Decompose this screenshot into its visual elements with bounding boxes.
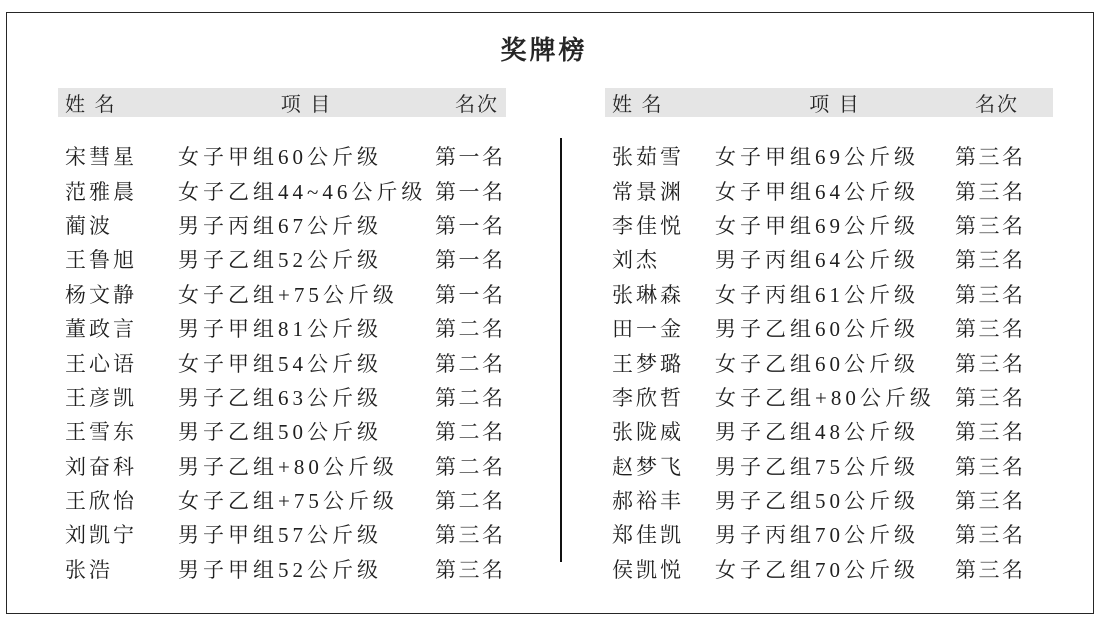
row-name: 刘奋科 (58, 451, 178, 481)
row-name: 范雅晨 (58, 176, 178, 206)
table-row: 赵梦飞男子乙组75公斤级第三名 (605, 449, 1053, 483)
row-event: 男子乙组63公斤级 (178, 382, 435, 412)
row-name: 王彦凯 (58, 382, 178, 412)
row-rank: 第二名 (435, 451, 506, 481)
medal-table-left: 姓 名 项 目 名次 宋彗星女子甲组60公斤级第一名范雅晨女子乙组44~46公斤… (58, 88, 506, 586)
row-rank: 第三名 (435, 519, 506, 549)
row-event: 男子乙组75公斤级 (715, 451, 955, 481)
table-rows: 宋彗星女子甲组60公斤级第一名范雅晨女子乙组44~46公斤级第一名蔺波男子丙组6… (58, 139, 506, 586)
header-event-label: 项 目 (715, 88, 955, 117)
row-name: 郝裕丰 (605, 485, 715, 515)
table-row: 张浩男子甲组52公斤级第三名 (58, 552, 506, 586)
header-name-label: 姓 名 (605, 88, 715, 117)
table-row: 范雅晨女子乙组44~46公斤级第一名 (58, 173, 506, 207)
row-name: 李欣哲 (605, 382, 715, 412)
row-rank: 第一名 (435, 244, 506, 274)
table-header: 姓 名 项 目 名次 (58, 88, 506, 117)
document-page: 奖牌榜 姓 名 项 目 名次 宋彗星女子甲组60公斤级第一名范雅晨女子乙组44~… (0, 0, 1104, 625)
row-name: 王梦璐 (605, 348, 715, 378)
row-name: 常景渊 (605, 176, 715, 206)
table-row: 侯凯悦女子乙组70公斤级第三名 (605, 552, 1053, 586)
row-event: 女子乙组44~46公斤级 (178, 176, 435, 206)
row-event: 女子乙组+80公斤级 (715, 382, 955, 412)
row-event: 男子丙组70公斤级 (715, 519, 955, 549)
row-name: 张茹雪 (605, 141, 715, 171)
table-row: 刘奋科男子乙组+80公斤级第二名 (58, 449, 506, 483)
row-rank: 第三名 (955, 554, 1053, 584)
table-row: 常景渊女子甲组64公斤级第三名 (605, 173, 1053, 207)
row-name: 杨文静 (58, 279, 178, 309)
row-event: 女子乙组60公斤级 (715, 348, 955, 378)
table-row: 郝裕丰男子乙组50公斤级第三名 (605, 483, 1053, 517)
row-event: 男子乙组+80公斤级 (178, 451, 435, 481)
row-rank: 第三名 (955, 485, 1053, 515)
row-rank: 第一名 (435, 176, 506, 206)
row-rank: 第二名 (435, 313, 506, 343)
row-rank: 第三名 (955, 279, 1053, 309)
table-row: 杨文静女子乙组+75公斤级第一名 (58, 277, 506, 311)
row-rank: 第三名 (955, 244, 1053, 274)
row-event: 男子乙组50公斤级 (178, 416, 435, 446)
row-name: 刘杰 (605, 244, 715, 274)
table-rows: 张茹雪女子甲组69公斤级第三名常景渊女子甲组64公斤级第三名李佳悦女子甲组69公… (605, 139, 1053, 586)
row-rank: 第三名 (955, 519, 1053, 549)
row-rank: 第二名 (435, 382, 506, 412)
header-name-label: 姓 名 (58, 88, 178, 117)
table-row: 李欣哲女子乙组+80公斤级第三名 (605, 380, 1053, 414)
medal-table-right: 姓 名 项 目 名次 张茹雪女子甲组69公斤级第三名常景渊女子甲组64公斤级第三… (605, 88, 1053, 586)
table-row: 王鲁旭男子乙组52公斤级第一名 (58, 242, 506, 276)
table-row: 王雪东男子乙组50公斤级第二名 (58, 414, 506, 448)
row-event: 女子甲组60公斤级 (178, 141, 435, 171)
column-divider (560, 138, 562, 562)
row-event: 女子甲组64公斤级 (715, 176, 955, 206)
row-name: 王鲁旭 (58, 244, 178, 274)
row-name: 王雪东 (58, 416, 178, 446)
row-name: 郑佳凯 (605, 519, 715, 549)
header-event-label: 项 目 (178, 88, 435, 117)
table-row: 刘凯宁男子甲组57公斤级第三名 (58, 517, 506, 551)
row-name: 张陇威 (605, 416, 715, 446)
page-title: 奖牌榜 (0, 30, 1088, 67)
row-rank: 第一名 (435, 279, 506, 309)
row-name: 王欣怡 (58, 485, 178, 515)
row-event: 男子甲组52公斤级 (178, 554, 435, 584)
row-event: 女子甲组69公斤级 (715, 210, 955, 240)
row-event: 男子丙组64公斤级 (715, 244, 955, 274)
row-event: 女子甲组69公斤级 (715, 141, 955, 171)
table-row: 王梦璐女子乙组60公斤级第三名 (605, 345, 1053, 379)
row-name: 宋彗星 (58, 141, 178, 171)
row-event: 男子甲组57公斤级 (178, 519, 435, 549)
table-row: 刘杰男子丙组64公斤级第三名 (605, 242, 1053, 276)
row-event: 女子乙组+75公斤级 (178, 279, 435, 309)
table-row: 王彦凯男子乙组63公斤级第二名 (58, 380, 506, 414)
table-header: 姓 名 项 目 名次 (605, 88, 1053, 117)
row-rank: 第三名 (435, 554, 506, 584)
row-event: 男子乙组50公斤级 (715, 485, 955, 515)
table-row: 张茹雪女子甲组69公斤级第三名 (605, 139, 1053, 173)
row-rank: 第三名 (955, 451, 1053, 481)
row-event: 男子乙组60公斤级 (715, 313, 955, 343)
row-rank: 第三名 (955, 141, 1053, 171)
row-rank: 第三名 (955, 416, 1053, 446)
table-row: 王欣怡女子乙组+75公斤级第二名 (58, 483, 506, 517)
header-rank-label: 名次 (435, 88, 506, 117)
row-event: 男子甲组81公斤级 (178, 313, 435, 343)
row-name: 董政言 (58, 313, 178, 343)
header-rank-label: 名次 (955, 88, 1053, 117)
row-event: 女子丙组61公斤级 (715, 279, 955, 309)
row-name: 赵梦飞 (605, 451, 715, 481)
row-event: 男子丙组67公斤级 (178, 210, 435, 240)
row-name: 刘凯宁 (58, 519, 178, 549)
table-row: 张陇威男子乙组48公斤级第三名 (605, 414, 1053, 448)
table-row: 张琳森女子丙组61公斤级第三名 (605, 277, 1053, 311)
table-row: 郑佳凯男子丙组70公斤级第三名 (605, 517, 1053, 551)
row-rank: 第三名 (955, 176, 1053, 206)
table-row: 宋彗星女子甲组60公斤级第一名 (58, 139, 506, 173)
row-rank: 第二名 (435, 348, 506, 378)
row-rank: 第三名 (955, 313, 1053, 343)
row-event: 女子乙组70公斤级 (715, 554, 955, 584)
row-name: 李佳悦 (605, 210, 715, 240)
row-rank: 第三名 (955, 382, 1053, 412)
row-event: 女子甲组54公斤级 (178, 348, 435, 378)
row-event: 女子乙组+75公斤级 (178, 485, 435, 515)
row-rank: 第三名 (955, 210, 1053, 240)
row-rank: 第二名 (435, 416, 506, 446)
row-name: 张琳森 (605, 279, 715, 309)
table-row: 田一金男子乙组60公斤级第三名 (605, 311, 1053, 345)
row-name: 侯凯悦 (605, 554, 715, 584)
row-event: 男子乙组52公斤级 (178, 244, 435, 274)
row-rank: 第一名 (435, 210, 506, 240)
table-row: 李佳悦女子甲组69公斤级第三名 (605, 208, 1053, 242)
table-row: 王心语女子甲组54公斤级第二名 (58, 345, 506, 379)
row-rank: 第三名 (955, 348, 1053, 378)
table-row: 董政言男子甲组81公斤级第二名 (58, 311, 506, 345)
row-event: 男子乙组48公斤级 (715, 416, 955, 446)
row-rank: 第二名 (435, 485, 506, 515)
row-rank: 第一名 (435, 141, 506, 171)
row-name: 蔺波 (58, 210, 178, 240)
table-row: 蔺波男子丙组67公斤级第一名 (58, 208, 506, 242)
row-name: 张浩 (58, 554, 178, 584)
row-name: 王心语 (58, 348, 178, 378)
row-name: 田一金 (605, 313, 715, 343)
